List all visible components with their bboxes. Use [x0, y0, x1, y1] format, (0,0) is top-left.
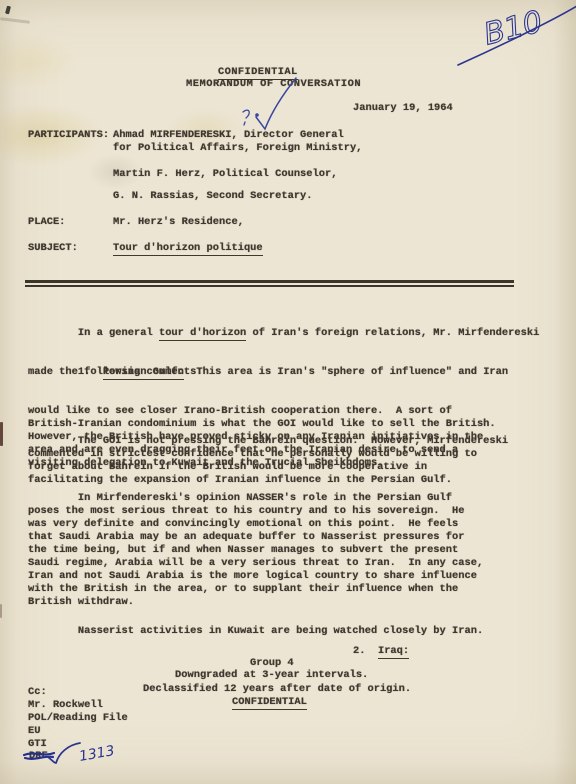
handwritten-b10-note: B10 — [458, 4, 576, 65]
place-value: Mr. Herz's Residence, — [113, 216, 244, 229]
participants-label: PARTICIPANTS: — [28, 129, 109, 142]
handwritten-question-mark — [243, 110, 249, 125]
ink-dot — [255, 113, 259, 117]
text-line: facilitating the expansion of Iranian in… — [28, 474, 508, 487]
document-title: MEMORANDUM OF CONVERSATION — [186, 78, 361, 91]
section-divider — [25, 280, 514, 287]
handwritten-b10-text: B10 — [481, 4, 546, 52]
subject-value-text: Tour d'horizon politique — [113, 242, 263, 256]
cc-list: Mr. RockwellPOL/Reading FileEUGTI — [28, 699, 128, 751]
cc-label: Cc: — [28, 686, 47, 699]
declassification-note: Declassified 12 years after date of orig… — [143, 683, 411, 696]
text-line: EU — [28, 725, 128, 738]
participant-line: Ahmad MIRFENDERESKI, Director General — [113, 129, 344, 142]
underlined-heading: Persian Gulf: — [103, 366, 184, 380]
paragraph-kuwait: Nasserist activities in Kuwait are being… — [28, 625, 483, 638]
underlined-phrase: tour d'horizon — [159, 327, 246, 341]
classification-footer: CONFIDENTIAL — [232, 696, 307, 709]
cc-crossed-out: DRF — [29, 750, 48, 763]
text-line: The GOI is not pressing the Bahrein ques… — [28, 435, 508, 448]
text-line: 1. Persian Gulf: This area is Iran's "sp… — [28, 366, 508, 379]
text-line: that Saudi Arabia may be an adequate buf… — [28, 531, 483, 544]
text-line: the time being, but if and when Nasser m… — [28, 544, 483, 557]
document-date: January 19, 1964 — [353, 102, 453, 115]
text-line: British-Iranian condominium is what the … — [28, 418, 508, 431]
text-line: would like to see closer Irano-British c… — [28, 405, 508, 418]
text-segment: of Iran's foreign relations, Mr. Mirfend… — [246, 327, 539, 339]
text-line: In a general tour d'horizon of Iran's fo… — [28, 327, 539, 340]
text-line: Mr. Rockwell — [28, 699, 128, 712]
text-line: forget about Bahrein if the British woul… — [28, 461, 508, 474]
paragraph-nasser: In Mirfendereski's opinion NASSER's role… — [28, 492, 483, 609]
text-line: poses the most serious threat to his cou… — [28, 505, 483, 518]
text-line: Nasserist activities in Kuwait are being… — [28, 625, 483, 638]
place-label: PLACE: — [28, 216, 65, 229]
participant-line: G. N. Rassias, Second Secretary. — [113, 190, 313, 203]
text-line: Iran and not Saudi Arabia is the more lo… — [28, 570, 483, 583]
memo-page: CONFIDENTIAL MEMORANDUM OF CONVERSATION … — [0, 0, 576, 784]
handwritten-underline-swoosh — [458, 6, 576, 65]
edge-mark — [0, 604, 2, 618]
next-section-iraq: 2. Iraq: — [353, 645, 409, 658]
text-segment: 1. — [28, 366, 103, 378]
paper-speck — [5, 6, 11, 15]
text-segment: This area is Iran's "sphere of influence… — [184, 366, 508, 378]
text-line: POL/Reading File — [28, 712, 128, 725]
paper-smudge — [0, 17, 30, 24]
edge-mark — [0, 422, 3, 446]
declassification-downgrade: Downgraded at 3-year intervals. — [175, 669, 368, 682]
underlined-heading: Iraq: — [378, 645, 409, 659]
text-line: British withdraw. — [28, 596, 483, 609]
text-line: In Mirfendereski's opinion NASSER's role… — [28, 492, 483, 505]
subject-label: SUBJECT: — [28, 242, 78, 255]
subject-value: Tour d'horizon politique — [113, 242, 263, 255]
participant-line: for Political Affairs, Foreign Ministry, — [113, 142, 362, 155]
text-line: Saudi regime, Arabia will be a very seri… — [28, 557, 483, 570]
text-line: with the British in the area, or to supp… — [28, 583, 483, 596]
paragraph-bahrein: The GOI is not pressing the Bahrein ques… — [28, 435, 508, 487]
participant-line: Martin F. Herz, Political Counselor, — [113, 168, 337, 181]
text-line: commented in strictest confidence that h… — [28, 448, 508, 461]
text-segment: 2. — [353, 645, 378, 657]
classification-footer-text: CONFIDENTIAL — [232, 696, 307, 710]
text-line: was very definite and convincingly emoti… — [28, 518, 483, 531]
text-segment: In a general — [28, 327, 159, 339]
